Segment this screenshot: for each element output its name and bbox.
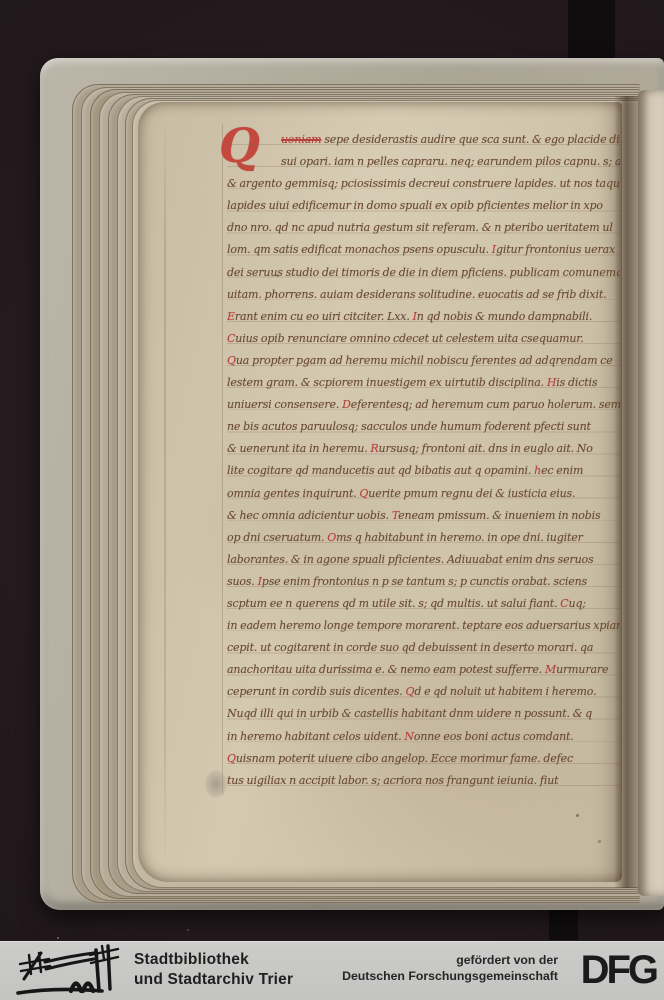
manuscript-text-segment: & hec omnia adicientur uobis. [227,509,392,522]
manuscript-text: uoniam sepe desiderastis audire que sca … [227,129,620,792]
manuscript-text-segment: & uenerunt ita in heremu. [227,442,370,455]
funding-credit: gefördert von der Deutschen Forschungsge… [342,953,558,984]
manuscript-text-segment: ms q habitabunt in heremo. in ope dni. i… [336,531,583,544]
manuscript-text-segment: uerite pmum regnu dei & iusticia eius. [368,487,575,500]
manuscript-text-segment: suos. [227,575,258,588]
manuscript-line: uniuersi consensere. Deferentesq; ad her… [227,394,620,416]
manuscript-text-segment: scptum ee n querens qd m utile sit. s; q… [227,597,560,610]
manuscript-text-segment: gitur frontonius uerax [496,243,615,256]
manuscript-text-segment: lapides uiui edificemur in domo spuali e… [227,199,603,212]
manuscript-text-segment: in eadem heremo longe tempore morarent. … [227,619,620,632]
rubricated-text: N [404,730,413,743]
manuscript-line: suos. Ipse enim frontonius n p se tantum… [227,571,620,593]
manuscript-line: Erant enim cu eo uiri citciter. Lxx. In … [227,306,620,328]
manuscript-text-segment: Nuqd illi qui in urbib & castellis habit… [227,707,592,720]
manuscript-line: cepit. ut cogitarent in corde suo qd deb… [227,637,620,659]
rubricated-text: M [545,663,556,676]
rubricated-text: uoniam [281,133,321,146]
library-name-line1: Stadtbibliothek [134,950,293,970]
manuscript-text-segment: eneam pmissum. & inueniem in nobis [398,509,600,522]
manuscript-text-segment: ceperunt in cordib suis dicentes. [227,685,405,698]
manuscript-text-segment: uius opib renunciare omnino cdecet ut ce… [235,332,583,345]
manuscript-line: tus uigiliax n accipit labor. s; acriora… [227,770,620,792]
manuscript-line: scptum ee n querens qd m utile sit. s; q… [227,593,620,615]
library-name: Stadtbibliothek und Stadtarchiv Trier [134,950,293,989]
manuscript-text-segment: onne eos boni actus comdant. [414,730,574,743]
rubricated-text: D [342,398,351,411]
dust-specks [57,937,59,939]
manuscript-text-segment: dei seruus studio dei timoris de die in … [227,266,620,279]
manuscript-text-segment: uq; [569,597,586,610]
manuscript-line: ne bis acutos paruulosq; sacculos unde h… [227,416,620,438]
manuscript-text-segment: ua propter pgam ad heremu michil nobiscu… [236,354,613,367]
ink-specks [576,814,579,817]
manuscript-text-segment: lom. qm satis edificat monachos psens op… [227,243,492,256]
manuscript-text-segment: op dni cseruatum. [227,531,327,544]
manuscript-line: dno nro. qd nc apud nutria gestum sit re… [227,217,620,239]
rubricated-text: Q [227,752,236,765]
manuscript-text-segment: ursusq; frontoni ait. dns in euglo ait. … [379,442,593,455]
manuscript-line: uoniam sepe desiderastis audire que sca … [227,129,620,151]
manuscript-text-segment: tus uigiliax n accipit labor. s; acriora… [227,774,558,787]
manuscript-text-segment: laborantes. & in agone spuali pficientes… [227,553,594,566]
stadtbibliothek-trier-logo-icon [14,944,126,998]
manuscript-line: & hec omnia adicientur uobis. Teneam pmi… [227,505,620,527]
rubricated-text: Q [227,354,236,367]
manuscript-text-segment: dno nro. qd nc apud nutria gestum sit re… [227,221,613,234]
manuscript-line: in eadem heremo longe tempore morarent. … [227,615,620,637]
manuscript-text-segment: d e qd noluit ut habitem i heremo. [414,685,596,698]
footer-banner: Stadtbibliothek und Stadtarchiv Trier ge… [0,941,664,1000]
rubricated-text: C [560,597,568,610]
manuscript-line: omnia gentes inquirunt. Querite pmum reg… [227,483,620,505]
manuscript-line: & argento gemmisq; pciosissimis decreui … [227,173,620,195]
rubricated-text: Q [359,487,368,500]
manuscript-text-segment: uniuersi consensere. [227,398,342,411]
manuscript-line: laborantes. & in agone spuali pficientes… [227,549,620,571]
rubricated-text: H [547,376,556,389]
manuscript-text-segment: sui opari. iam n pelles capraru. neq; ea… [281,155,620,168]
manuscript-text-segment: sepe desiderastis audire que sca sunt. &… [321,133,620,146]
manuscript-text-segment: uisnam poterit uiuere cibo angelop. Ecce… [236,752,573,765]
manuscript-text-segment: uitam. phorrens. auiam desiderans solitu… [227,288,606,301]
manuscript-text-segment: ec enim [541,464,583,477]
manuscript-line: Quisnam poterit uiuere cibo angelop. Ecc… [227,748,620,770]
rubricated-text: R [370,442,378,455]
photo-background: Q uoniam sepe desiderastis audire que sc… [0,0,664,1000]
funding-credit-line2: Deutschen Forschungsgemeinschaft [342,969,558,985]
manuscript-line: Nuqd illi qui in urbib & castellis habit… [227,703,620,725]
manuscript-line: lite cogitare qd manducetis aut qd bibat… [227,460,620,482]
manuscript-line: dei seruus studio dei timoris de die in … [227,262,620,284]
manuscript-text-segment: is dictis [556,376,597,389]
manuscript-text-segment: pse enim frontonius n p se tantum s; p c… [262,575,587,588]
manuscript-line: Qua propter pgam ad heremu michil nobisc… [227,350,620,372]
rubricated-text: E [227,310,235,323]
manuscript-text-segment: ne bis acutos paruulosq; sacculos unde h… [227,420,591,433]
library-name-line2: und Stadtarchiv Trier [134,970,293,990]
manuscript-line: ceperunt in cordib suis dicentes. Qd e q… [227,681,620,703]
rubricated-text: O [327,531,336,544]
manuscript-text-segment: anachoritau uita durissima e. & nemo eam… [227,663,545,676]
manuscript-text-segment: omnia gentes inquirunt. [227,487,359,500]
dfg-logo: DFG [562,948,656,994]
funding-credit-line1: gefördert von der [342,953,558,969]
manuscript-text-segment: lestem gram. & scpiorem inuestigem ex ui… [227,376,547,389]
manuscript-text-segment: eferentesq; ad heremum cum paruo holerum… [351,398,620,411]
manuscript-line: in heremo habitant celos uident. Nonne e… [227,726,620,748]
manuscript-text-segment: in heremo habitant celos uident. [227,730,404,743]
manuscript-line: anachoritau uita durissima e. & nemo eam… [227,659,620,681]
manuscript-text-segment: lite cogitare qd manducetis aut qd bibat… [227,464,534,477]
manuscript-line: uitam. phorrens. auiam desiderans solitu… [227,284,620,306]
manuscript-line: & uenerunt ita in heremu. Rursusq; front… [227,438,620,460]
manuscript-line: lestem gram. & scpiorem inuestigem ex ui… [227,372,620,394]
manuscript-text-segment: & argento gemmisq; pciosissimis decreui … [227,177,620,190]
manuscript-text-segment: n qd nobis & mundo dampnabili. [417,310,592,323]
manuscript-text-segment: urmurare [556,663,608,676]
manuscript-line: op dni cseruatum. Oms q habitabunt in he… [227,527,620,549]
manuscript-line: Cuius opib renunciare omnino cdecet ut c… [227,328,620,350]
manuscript-text-segment: cepit. ut cogitarent in corde suo qd deb… [227,641,593,654]
manuscript-line: sui opari. iam n pelles capraru. neq; ea… [227,151,620,173]
manuscript-line: lom. qm satis edificat monachos psens op… [227,239,620,261]
manuscript-line: lapides uiui edificemur in domo spuali e… [227,195,620,217]
facing-page-edge [638,90,664,896]
manuscript-text-segment: rant enim cu eo uiri citciter. Lxx. [235,310,413,323]
ruling-line-left [222,124,223,794]
